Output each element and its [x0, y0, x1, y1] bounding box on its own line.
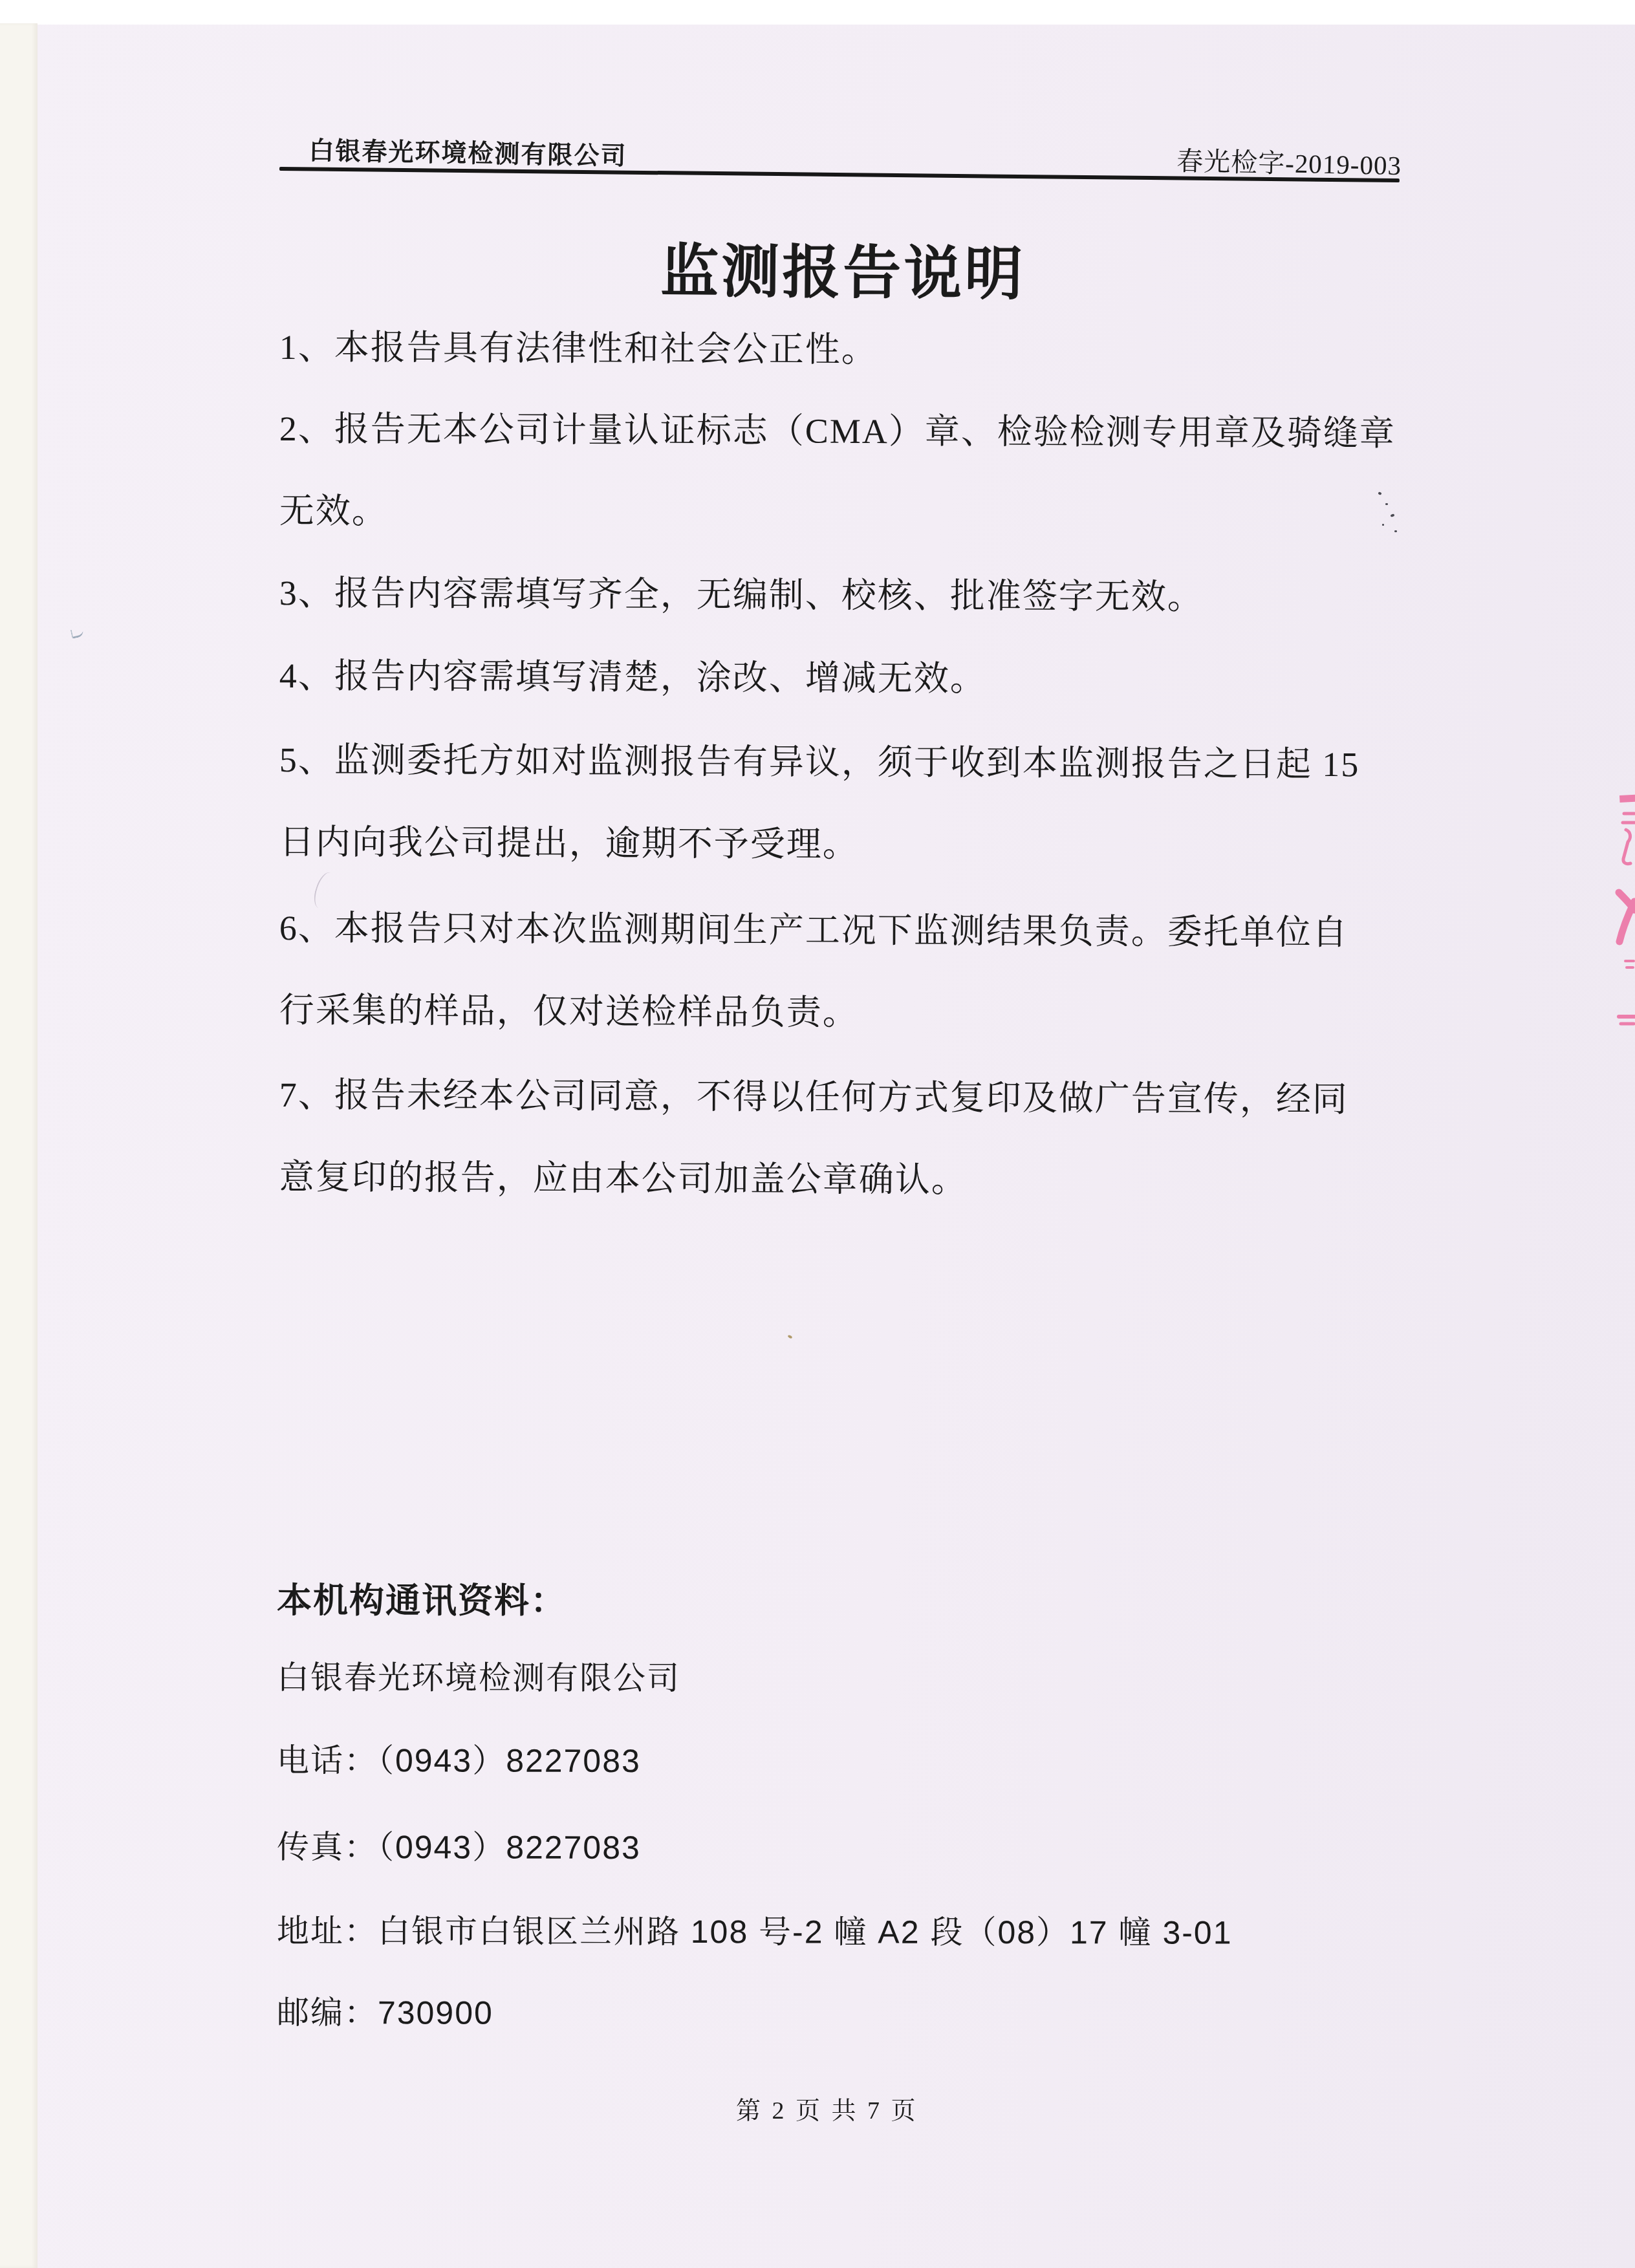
ink-speck: [1394, 530, 1397, 532]
scanned-report-page: 白银春光环境检测有限公司 春光检字-2019-003 监测报告说明 1、本报告具…: [0, 0, 1635, 2268]
contact-postcode: 邮编：730900: [277, 1987, 493, 2034]
note-6-line-1: 6、本报告只对本次监测期间生产工况下监测结果负责。委托单位自: [279, 900, 1348, 955]
scan-margin-left: [0, 23, 38, 2268]
note-2-line-2: 无效。: [279, 483, 388, 534]
contact-fax: 传真：（0943）8227083: [277, 1821, 641, 1868]
ink-speck: [1378, 491, 1381, 495]
note-5-line-2: 日内向我公司提出，逾期不予受理。: [279, 814, 859, 867]
ink-speck: [1382, 524, 1384, 526]
note-7-line-2: 意复印的报告，应由本公司加盖公章确认。: [279, 1149, 968, 1202]
page-number: 第 2 页 共 7 页: [736, 2090, 918, 2126]
contact-heading: 本机构通讯资料：: [277, 1573, 567, 1623]
note-2-line-1: 2、报告无本公司计量认证标志（CMA）章、检验检测专用章及骑缝章: [279, 401, 1396, 456]
scan-margin-top: [0, 0, 1635, 25]
page-title: 监测报告说明: [660, 224, 1026, 311]
ink-speck: [1385, 503, 1388, 505]
paper-blemish: [70, 627, 84, 639]
header-company-name: 白银春光环境检测有限公司: [309, 131, 627, 173]
contact-company: 白银春光环境检测有限公司: [277, 1652, 680, 1699]
note-3-line-1: 3、报告内容需填写齐全，无编制、校核、批准签字无效。: [279, 565, 1204, 619]
stamp-ink-fragments: [1614, 794, 1635, 1040]
note-7-line-1: 7、报告未经本公司同意，不得以任何方式复印及做广告宣传，经同: [279, 1067, 1348, 1121]
note-4-line-1: 4、报告内容需填写清楚，涂改、增减无效。: [279, 648, 986, 701]
note-1-line-1: 1、本报告具有法律性和社会公正性。: [279, 319, 878, 372]
paper-speck: [787, 1335, 792, 1339]
note-5-line-1: 5、监测委托方如对监测报告有异议，须于收到本监测报告之日起 15: [279, 732, 1360, 786]
contact-address: 地址：白银市白银区兰州路 108 号-2 幢 A2 段（08）17 幢 3-01: [277, 1905, 1233, 1954]
contact-phone: 电话：（0943）8227083: [277, 1734, 641, 1782]
ink-speck: [1391, 513, 1395, 517]
note-6-line-2: 行采集的样品，仅对送检样品负责。: [279, 982, 859, 1035]
